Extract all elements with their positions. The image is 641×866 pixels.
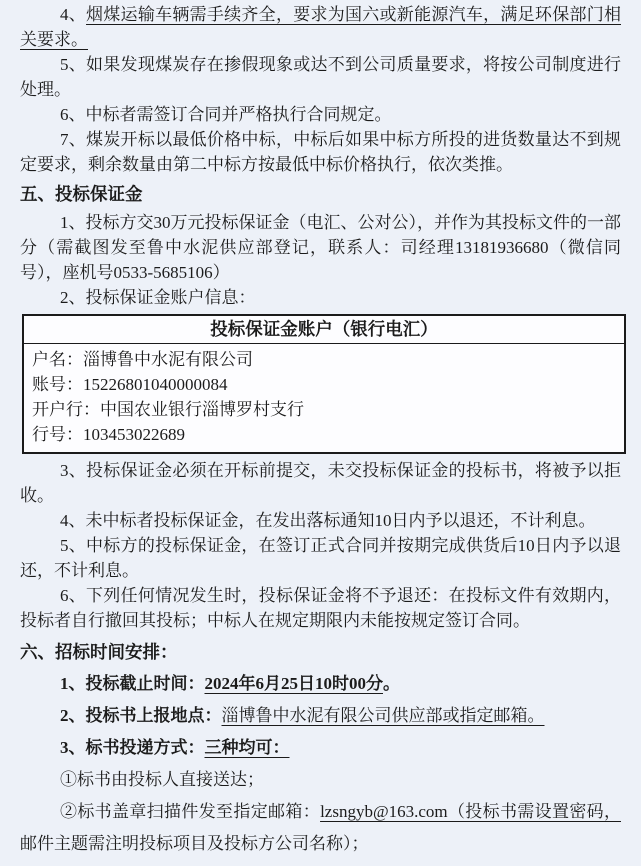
section-heading-bid-deposit: 五、投标保证金 bbox=[20, 181, 621, 208]
methods-count: 三种均可： bbox=[205, 738, 290, 757]
item-direct-delivery: ①标书由投标人直接送达； bbox=[20, 764, 621, 796]
clause-text: 5、如果发现煤炭存在掺假现象或达不到公司质量要求，将按公司制度进行处理。 bbox=[20, 55, 621, 99]
clause-refund-winner: 5、中标方的投标保证金，在签订正式合同并按期完成供货后10日内予以退还，不计利息… bbox=[20, 533, 621, 583]
item-text: ①标书由投标人直接送达； bbox=[60, 770, 264, 789]
clause-number: 4、 bbox=[60, 5, 86, 24]
item-text: ②标书盖章扫描件发至指定邮箱： bbox=[60, 802, 320, 821]
document-page: 4、烟煤运输车辆需手续齐全，要求为国六或新能源汽车，满足环保部门相关要求。 5、… bbox=[0, 0, 641, 860]
heading-text: 五、投标保证金 bbox=[20, 184, 143, 204]
item-delivery-methods: 3、标书投递方式：三种均可： bbox=[20, 732, 621, 764]
item-label: 3、标书投递方式： bbox=[60, 738, 205, 757]
clause-contract-signing: 6、中标者需签订合同并严格执行合同规定。 bbox=[20, 102, 621, 127]
item-email-delivery: ②标书盖章扫描件发至指定邮箱：lzsngyb@163.com（投标书需设置密码，… bbox=[20, 796, 621, 860]
clause-text: 1、投标方交30万元投标保证金（电汇、公对公），并作为其投标文件的一部分（需截图… bbox=[20, 213, 621, 282]
clause-deposit-before-opening: 3、投标保证金必须在开标前提交，未交投标保证金的投标书，将被予以拒收。 bbox=[20, 458, 621, 508]
table-title: 投标保证金账户（银行电汇） bbox=[23, 315, 625, 344]
clause-text: 7、煤炭开标以最低价格中标，中标后如果中标方所投的进货数量达不到规定要求，剩余数… bbox=[20, 130, 621, 174]
clause-text: 6、中标者需签订合同并严格执行合同规定。 bbox=[60, 105, 392, 124]
clause-text: 3、投标保证金必须在开标前提交，未交投标保证金的投标书，将被予以拒收。 bbox=[20, 461, 621, 505]
clause-coal-quality-penalty: 5、如果发现煤炭存在掺假现象或达不到公司质量要求，将按公司制度进行处理。 bbox=[20, 52, 621, 102]
item-period: 。 bbox=[383, 674, 400, 693]
item-label: 2、投标书上报地点： bbox=[60, 706, 222, 725]
table-body-cell: 户名：淄博鲁中水泥有限公司 账号：15226801040000084 开户行：中… bbox=[23, 344, 625, 454]
deadline-date: 2024年6月25日10时00分 bbox=[205, 674, 384, 693]
clause-underlined-text: 烟煤运输车辆需手续齐全，要求为国六或新能源汽车，满足环保部门相关要求。 bbox=[20, 5, 621, 49]
submission-location: 淄博鲁中水泥有限公司供应部或指定邮箱。 bbox=[222, 706, 545, 725]
clause-deposit-account-intro: 2、投标保证金账户信息： bbox=[20, 285, 621, 310]
clause-text: 4、未中标者投标保证金，在发出落标通知10日内予以退还，不计利息。 bbox=[60, 511, 596, 530]
clause-coal-vehicle-requirement: 4、烟煤运输车辆需手续齐全，要求为国六或新能源汽车，满足环保部门相关要求。 bbox=[20, 2, 621, 52]
item-bid-deadline: 1、投标截止时间：2024年6月25日10时00分。 bbox=[20, 668, 621, 700]
clause-lowest-price-award: 7、煤炭开标以最低价格中标，中标后如果中标方所投的进货数量达不到规定要求，剩余数… bbox=[20, 127, 621, 177]
heading-text: 六、招标时间安排： bbox=[20, 642, 178, 662]
bank-code-line: 行号：103453022689 bbox=[32, 422, 614, 447]
item-text-tail: 邮件主题需注明投标项目及投标方公司名称）； bbox=[20, 834, 369, 853]
deposit-account-table: 投标保证金账户（银行电汇） 户名：淄博鲁中水泥有限公司 账号：152268010… bbox=[22, 314, 626, 454]
account-number-line: 账号：15226801040000084 bbox=[32, 372, 614, 397]
clause-refund-losers: 4、未中标者投标保证金，在发出落标通知10日内予以退还，不计利息。 bbox=[20, 508, 621, 533]
table-body-row: 户名：淄博鲁中水泥有限公司 账号：15226801040000084 开户行：中… bbox=[23, 344, 625, 454]
clause-text: 6、下列任何情况发生时，投标保证金将不予退还：在投标文件有效期内，投标者自行撤回… bbox=[20, 586, 621, 630]
clause-deposit-forfeit: 6、下列任何情况发生时，投标保证金将不予退还：在投标文件有效期内，投标者自行撤回… bbox=[20, 583, 621, 633]
email-address: lzsngyb@163.com（投标书需设置密码， bbox=[320, 802, 621, 821]
table-header-row: 投标保证金账户（银行电汇） bbox=[23, 315, 625, 344]
clause-deposit-amount: 1、投标方交30万元投标保证金（电汇、公对公），并作为其投标文件的一部分（需截图… bbox=[20, 210, 621, 285]
clause-text: 2、投标保证金账户信息： bbox=[60, 288, 256, 307]
clause-text: 5、中标方的投标保证金，在签订正式合同并按期完成供货后10日内予以退还，不计利息… bbox=[20, 536, 621, 580]
account-holder-line: 户名：淄博鲁中水泥有限公司 bbox=[32, 347, 614, 372]
section-heading-schedule: 六、招标时间安排： bbox=[20, 639, 621, 666]
item-submission-location: 2、投标书上报地点：淄博鲁中水泥有限公司供应部或指定邮箱。 bbox=[20, 700, 621, 732]
bank-branch-line: 开户行：中国农业银行淄博罗村支行 bbox=[32, 397, 614, 422]
item-label: 1、投标截止时间： bbox=[60, 674, 205, 693]
